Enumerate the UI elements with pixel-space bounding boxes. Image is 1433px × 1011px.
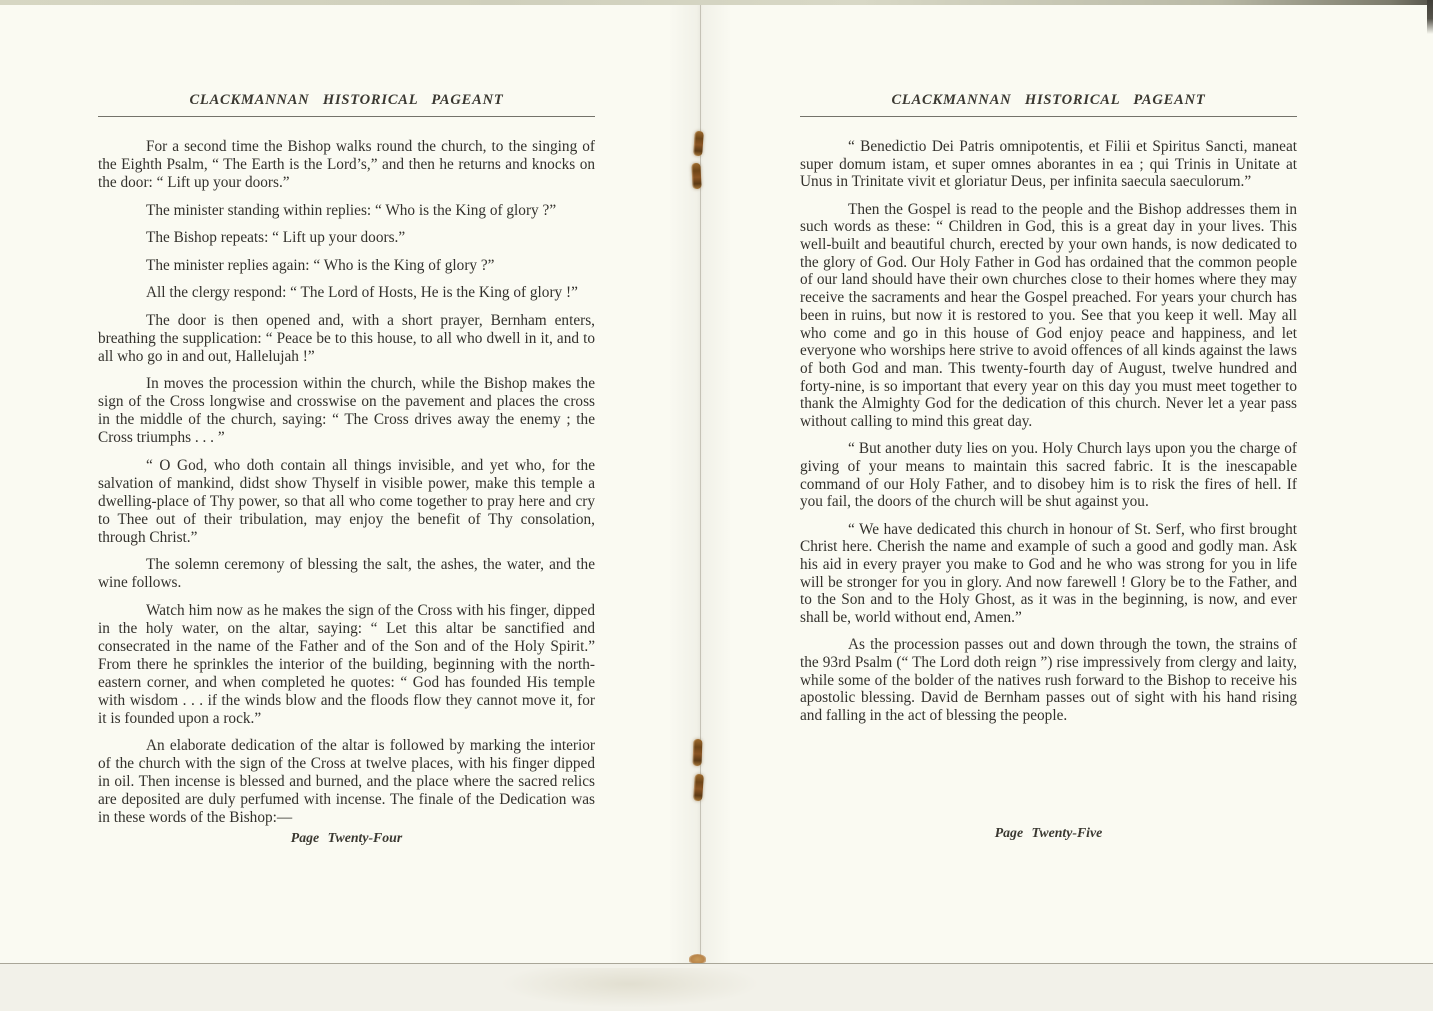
page-right: CLACKMANNAN HISTORICAL PAGEANT “ Benedic…	[800, 92, 1297, 972]
paragraph: The door is then opened and, with a shor…	[98, 312, 595, 366]
paragraph: The minister replies again: “ Who is the…	[98, 257, 595, 275]
header-rule	[800, 116, 1297, 117]
paragraph: As the procession passes out and down th…	[800, 636, 1297, 725]
page-left: CLACKMANNAN HISTORICAL PAGEANT For a sec…	[98, 92, 595, 972]
paragraph: “ But another duty lies on you. Holy Chu…	[800, 440, 1297, 511]
paragraph: The solemn ceremony of blessing the salt…	[98, 556, 595, 592]
page-number-left: Page Twenty-Four	[98, 830, 595, 846]
paragraph: “ Benedictio Dei Patris omnipotentis, et…	[800, 138, 1297, 191]
page-left-header: CLACKMANNAN HISTORICAL PAGEANT	[98, 92, 595, 117]
page-right-header: CLACKMANNAN HISTORICAL PAGEANT	[800, 92, 1297, 117]
staple-rust-top-2	[691, 163, 701, 189]
paragraph: Watch him now as he makes the sign of th…	[98, 602, 595, 728]
paragraph: In moves the procession within the churc…	[98, 375, 595, 447]
paragraph: All the clergy respond: “ The Lord of Ho…	[98, 284, 595, 302]
paragraph: An elaborate dedication of the altar is …	[98, 737, 595, 827]
paragraph: The Bishop repeats: “ Lift up your doors…	[98, 229, 595, 247]
paragraph: Then the Gospel is read to the people an…	[800, 201, 1297, 431]
staple-rust-bottom-1	[693, 739, 703, 766]
scanned-booklet-spread: CLACKMANNAN HISTORICAL PAGEANT For a sec…	[0, 0, 1433, 1011]
paragraph: “ We have dedicated this church in honou…	[800, 521, 1297, 627]
underlying-page-smudge	[500, 968, 760, 1008]
staple-rust-bottom-2	[693, 774, 704, 802]
running-header-title: CLACKMANNAN HISTORICAL PAGEANT	[800, 92, 1297, 109]
staple-rust-top-1	[693, 131, 704, 157]
page-left-body: For a second time the Bishop walks round…	[98, 138, 595, 827]
paragraph: “ O God, who doth contain all things inv…	[98, 457, 595, 547]
scan-top-right-corner	[1427, 0, 1433, 34]
header-rule	[98, 116, 595, 117]
running-header-title: CLACKMANNAN HISTORICAL PAGEANT	[98, 92, 595, 109]
paragraph: For a second time the Bishop walks round…	[98, 138, 595, 192]
paragraph: The minister standing within replies: “ …	[98, 202, 595, 220]
page-right-body: “ Benedictio Dei Patris omnipotentis, et…	[800, 138, 1297, 725]
rust-spot-page-edge	[689, 954, 706, 963]
page-number-right: Page Twenty-Five	[800, 825, 1297, 841]
